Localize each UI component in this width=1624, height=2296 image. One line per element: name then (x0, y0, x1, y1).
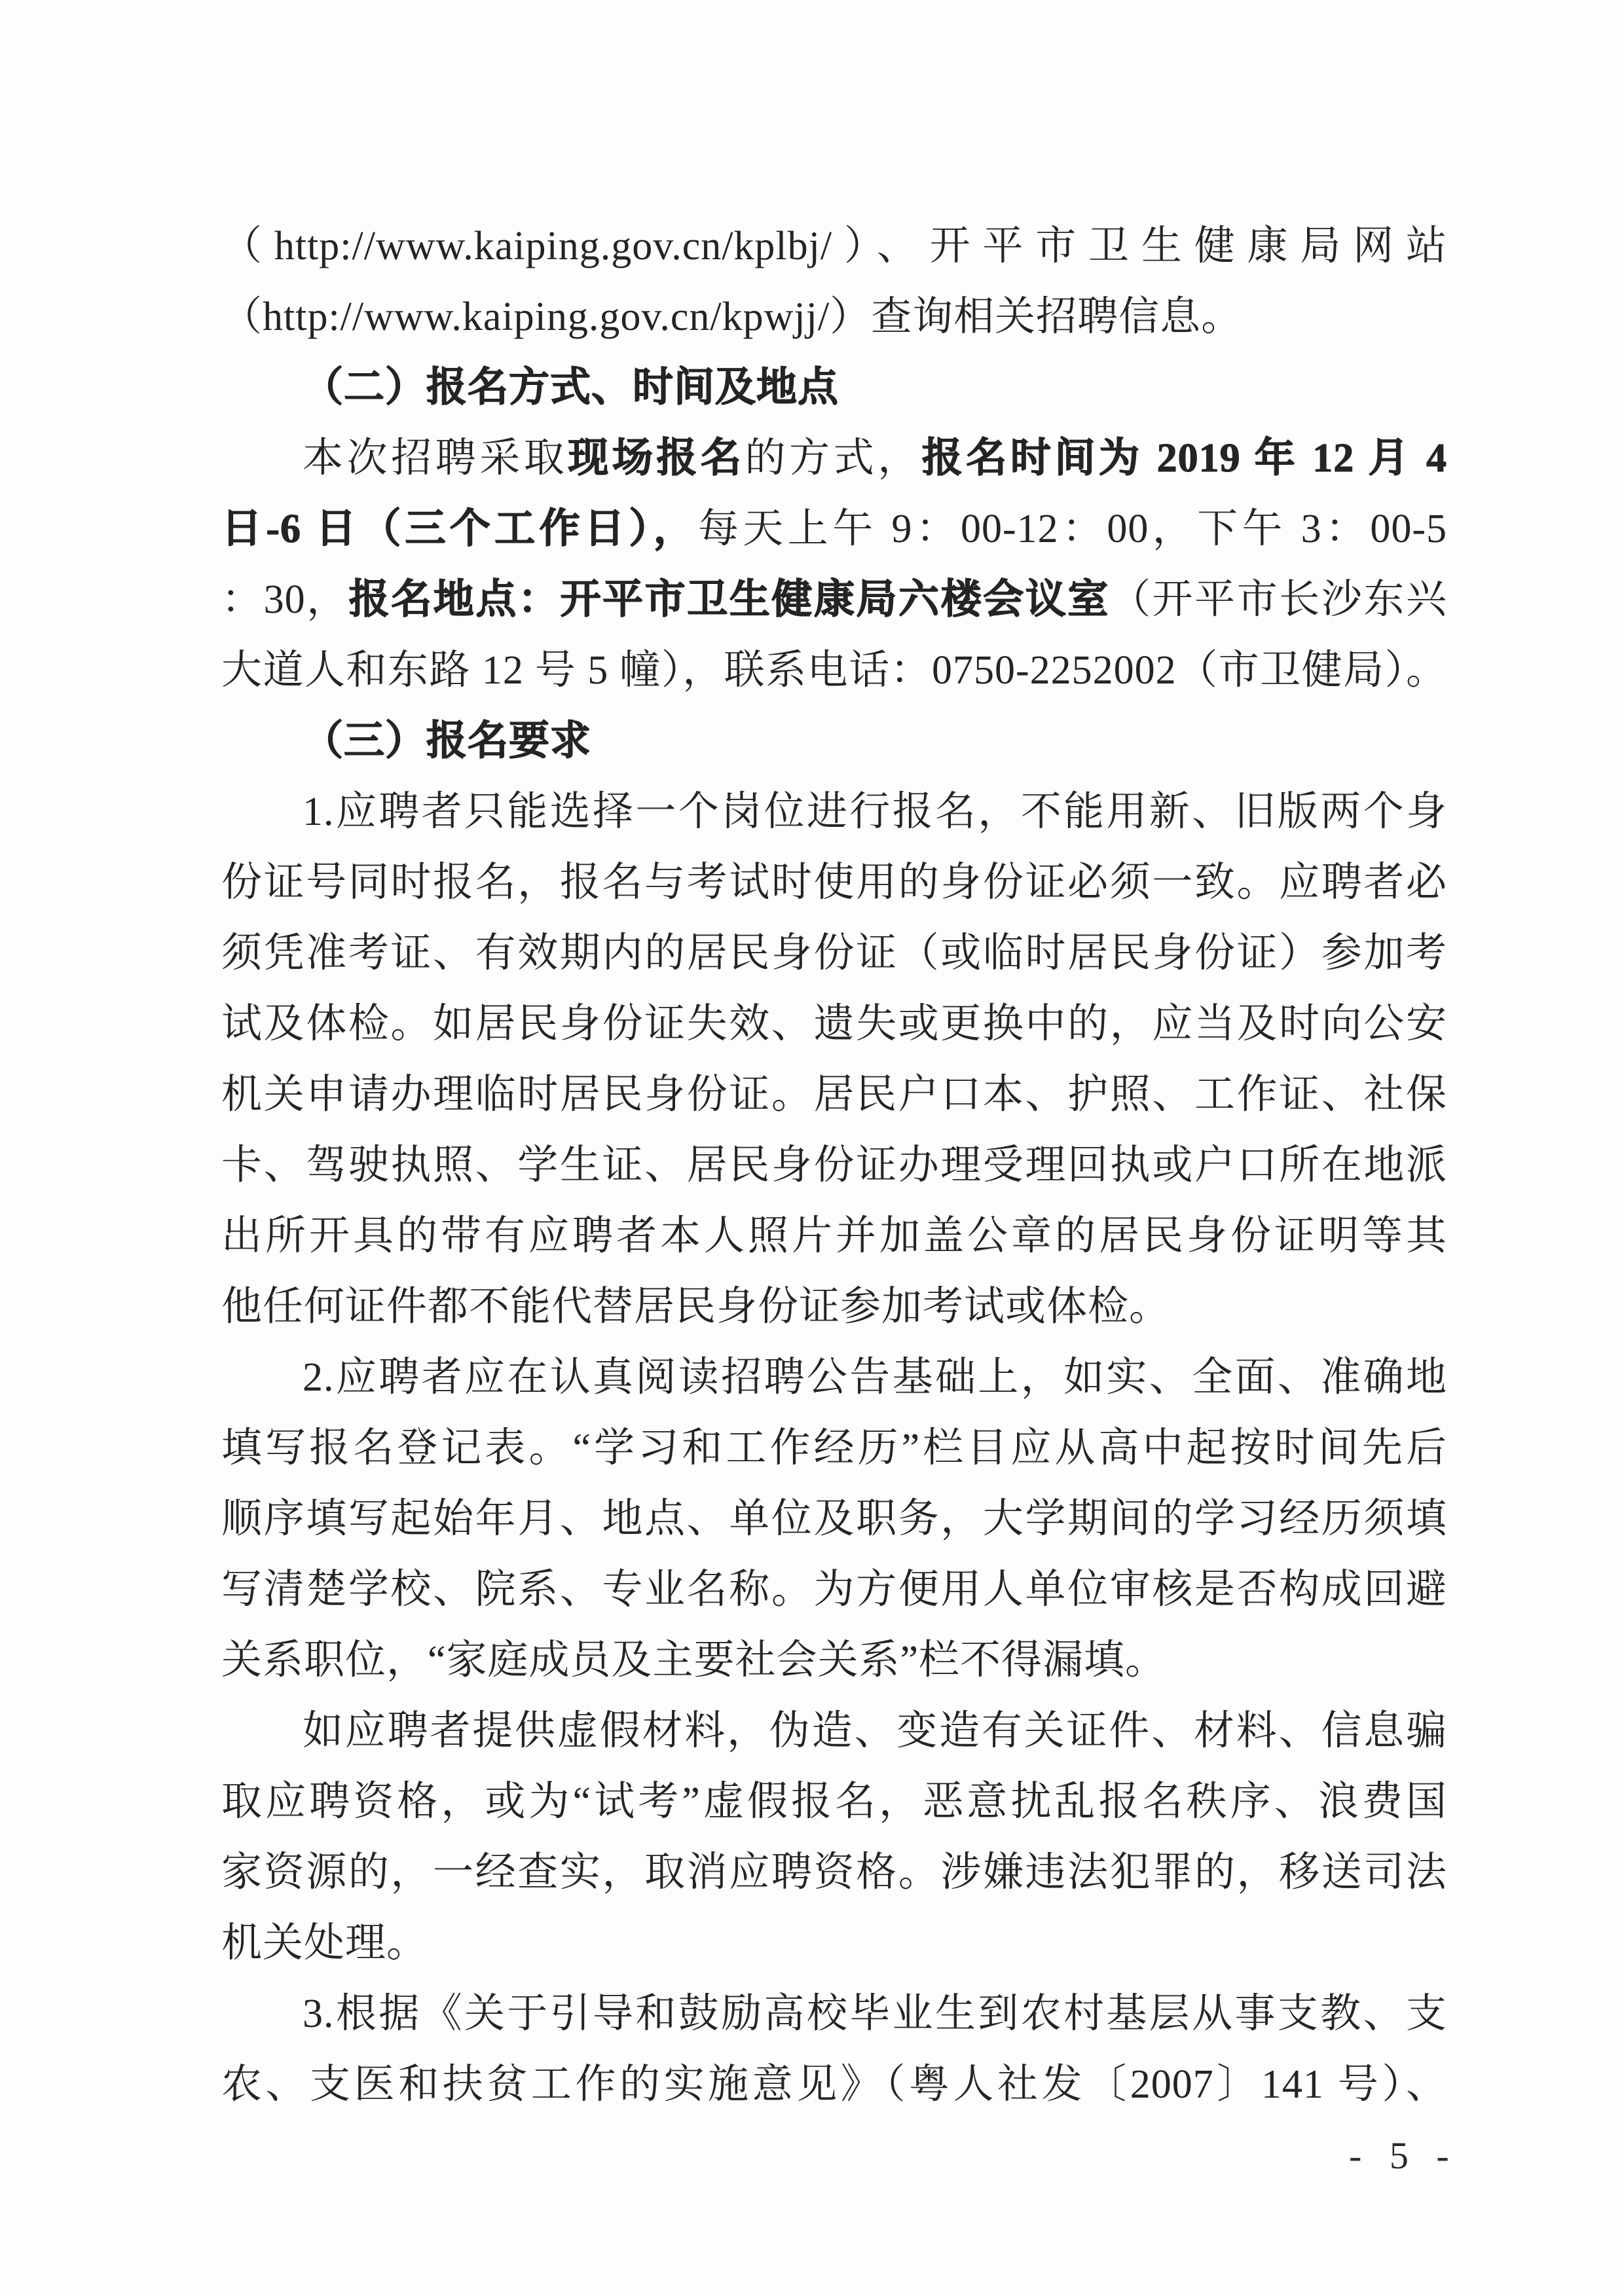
text-line: 写清楚学校、院系、专业名称。为方便用人单位审核是否构成回避 (221, 1554, 1447, 1625)
text-line: 顺序填写起始年月、地点、单位及职务，大学期间的学习经历须填 (221, 1484, 1447, 1554)
text-segment: 出所开具的带有应聘者本人照片并加盖公章的居民身份证明等其 (221, 1214, 1447, 1258)
text-segment: 关系职位，“家庭成员及主要社会关系”栏不得漏填。 (221, 1638, 1166, 1683)
page-number: - 5 - (1349, 2133, 1458, 2179)
text-segment: 农、支医和扶贫工作的实施意见》（粤人社发〔2007〕141 号）、 (221, 2062, 1447, 2107)
text-line: 1.应聘者只能选择一个岗位进行报名，不能用新、旧版两个身 (221, 776, 1447, 847)
text-line: 大道人和东路 12 号 5 幢），联系电话：0750-2252002（市卫健局）… (221, 635, 1447, 706)
text-line: 2.应聘者应在认真阅读招聘公告基础上，如实、全面、准确地 (221, 1342, 1447, 1413)
bold-text-segment: 日-6 日（三个工作日）， (221, 507, 698, 551)
text-line: 出所开具的带有应聘者本人照片并加盖公章的居民身份证明等其 (221, 1201, 1447, 1271)
text-segment: 试及体检。如居民身份证失效、遗失或更换中的，应当及时向公安 (221, 1002, 1447, 1046)
text-line: 如应聘者提供虚假材料，伪造、变造有关证件、材料、信息骗 (221, 1696, 1447, 1766)
text-segment: 的方式， (745, 436, 922, 481)
bold-text-segment: 现场报名 (568, 436, 745, 481)
document-page: （http://www.kaiping.gov.cn/kplbj/）、开平市卫生… (0, 0, 1624, 2296)
text-segment: （http://www.kaiping.gov.cn/kpwjj/）查询相关招聘… (221, 295, 1242, 339)
text-segment: 本次招聘采取 (303, 436, 568, 481)
text-segment: 1.应聘者只能选择一个岗位进行报名，不能用新、旧版两个身 (303, 790, 1447, 834)
text-segment: 每天上午 9：00-12：00，下午 3：00-5 (698, 507, 1447, 551)
text-segment: 机关处理。 (221, 1921, 428, 1965)
text-line: （http://www.kaiping.gov.cn/kpwjj/）查询相关招聘… (221, 282, 1447, 352)
text-line: （三）报名要求 (221, 706, 1447, 776)
text-segment: 顺序填写起始年月、地点、单位及职务，大学期间的学习经历须填 (221, 1497, 1447, 1541)
text-line: 卡、驾驶执照、学生证、居民身份证办理受理回执或户口所在地派 (221, 1130, 1447, 1201)
bold-text-segment: 报名地点：开平市卫生健康局六楼会议室 (349, 577, 1110, 622)
text-line: 取应聘资格，或为“试考”虚假报名，恶意扰乱报名秩序、浪费国 (221, 1766, 1447, 1837)
text-block: （http://www.kaiping.gov.cn/kplbj/）、开平市卫生… (221, 211, 1447, 2120)
text-segment: （开平市长沙东兴 (1110, 577, 1447, 622)
text-segment: 他任何证件都不能代替居民身份证参加考试或体检。 (221, 1285, 1170, 1329)
text-line: 农、支医和扶贫工作的实施意见》（粤人社发〔2007〕141 号）、 (221, 2049, 1447, 2120)
text-line: 本次招聘采取现场报名的方式，报名时间为 2019 年 12 月 4 (221, 423, 1447, 494)
text-segment: 取应聘资格，或为“试考”虚假报名，恶意扰乱报名秩序、浪费国 (221, 1779, 1447, 1824)
text-line: 机关申请办理临时居民身份证。居民户口本、护照、工作证、社保 (221, 1059, 1447, 1130)
text-line: 关系职位，“家庭成员及主要社会关系”栏不得漏填。 (221, 1625, 1447, 1696)
text-line: 份证号同时报名，报名与考试时使用的身份证必须一致。应聘者必 (221, 847, 1447, 918)
bold-text-segment: （三）报名要求 (303, 719, 591, 763)
text-line: （http://www.kaiping.gov.cn/kplbj/）、开平市卫生… (221, 211, 1447, 282)
text-segment: 如应聘者提供虚假材料，伪造、变造有关证件、材料、信息骗 (303, 1709, 1447, 1753)
bold-text-segment: （二）报名方式、时间及地点 (303, 365, 839, 410)
text-line: （二）报名方式、时间及地点 (221, 352, 1447, 423)
text-segment: 须凭准考证、有效期内的居民身份证（或临时居民身份证）参加考 (221, 931, 1447, 975)
text-segment: 卡、驾驶执照、学生证、居民身份证办理受理回执或户口所在地派 (221, 1143, 1447, 1188)
text-segment: 填写报名登记表。“学习和工作经历”栏目应从高中起按时间先后 (221, 1426, 1447, 1470)
text-line: 试及体检。如居民身份证失效、遗失或更换中的，应当及时向公安 (221, 989, 1447, 1059)
text-segment: 2.应聘者应在认真阅读招聘公告基础上，如实、全面、准确地 (303, 1355, 1447, 1400)
text-line: 3.根据《关于引导和鼓励高校毕业生到农村基层从事支教、支 (221, 1978, 1447, 2049)
text-line: 机关处理。 (221, 1908, 1447, 1978)
text-segment: 写清楚学校、院系、专业名称。为方便用人单位审核是否构成回避 (221, 1567, 1447, 1612)
bold-text-segment: 报名时间为 2019 年 12 月 4 (922, 436, 1447, 481)
text-segment: 机关申请办理临时居民身份证。居民户口本、护照、工作证、社保 (221, 1072, 1447, 1117)
text-line: 须凭准考证、有效期内的居民身份证（或临时居民身份证）参加考 (221, 918, 1447, 989)
text-segment: 3.根据《关于引导和鼓励高校毕业生到农村基层从事支教、支 (303, 1992, 1447, 2036)
text-segment: （http://www.kaiping.gov.cn/kplbj/）、开平市卫生… (221, 224, 1447, 268)
text-line: ：30，报名地点：开平市卫生健康局六楼会议室（开平市长沙东兴 (221, 564, 1447, 635)
text-segment: 份证号同时报名，报名与考试时使用的身份证必须一致。应聘者必 (221, 860, 1447, 905)
text-line: 家资源的，一经查实，取消应聘资格。涉嫌违法犯罪的，移送司法 (221, 1837, 1447, 1908)
text-segment: ：30， (221, 577, 349, 622)
text-line: 填写报名登记表。“学习和工作经历”栏目应从高中起按时间先后 (221, 1413, 1447, 1484)
text-segment: 大道人和东路 12 号 5 幢），联系电话：0750-2252002（市卫健局）… (221, 648, 1447, 693)
text-segment: 家资源的，一经查实，取消应聘资格。涉嫌违法犯罪的，移送司法 (221, 1850, 1447, 1895)
text-line: 日-6 日（三个工作日），每天上午 9：00-12：00，下午 3：00-5 (221, 494, 1447, 564)
text-line: 他任何证件都不能代替居民身份证参加考试或体检。 (221, 1271, 1447, 1342)
